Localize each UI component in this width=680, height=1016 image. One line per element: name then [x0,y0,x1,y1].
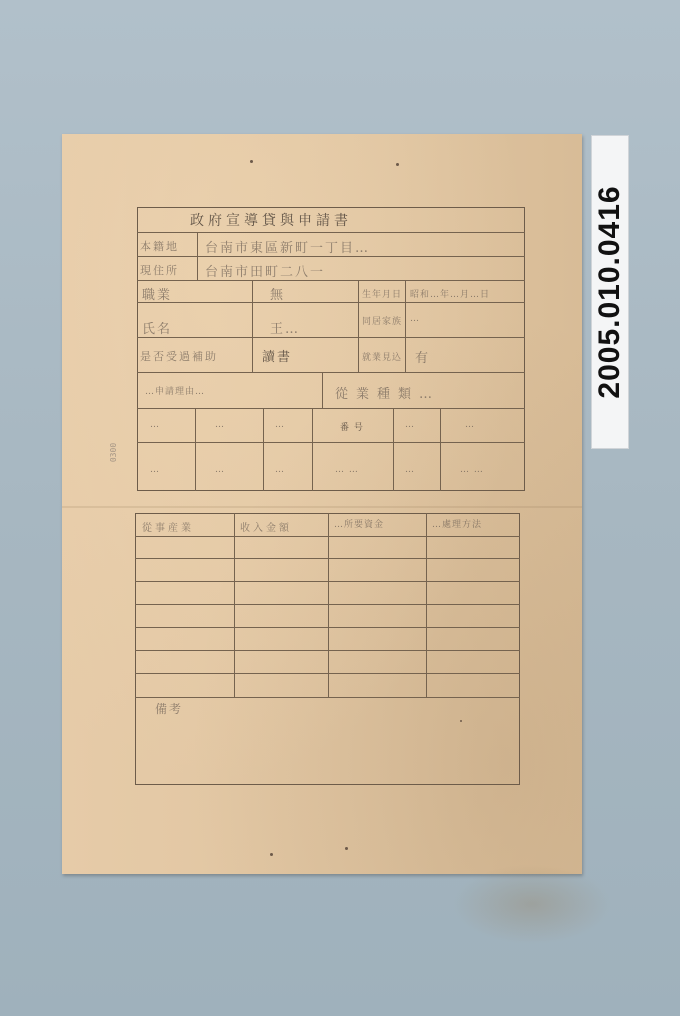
rule [137,280,525,281]
cell-label-occupation: 職業 [142,284,172,303]
cell-label-household: 同居家族 [362,314,402,327]
rule [135,581,520,582]
archive-id-label: 2005.010.0416 [591,135,629,449]
rule [135,697,520,698]
detail-cell: … [150,465,160,475]
rule [405,280,406,372]
rule [263,408,264,491]
rule [312,408,313,491]
paper-stain [452,864,612,944]
rule [234,513,235,698]
rule [393,408,394,491]
detail-cell: … [215,420,225,430]
cell-value-employment: 有 [415,347,430,366]
margin-stamp: 0300 [109,443,118,462]
cell-value-prior-aid: 讀書 [262,346,292,365]
rule [137,232,525,233]
detail-cell: … … [335,465,359,475]
archive-id-text: 2005.010.0416 [593,185,627,398]
rule [137,442,525,443]
cell-label-domicile: 本籍地 [140,238,179,254]
rule [322,372,323,408]
cell-value-reason: 從業種類… [335,383,440,402]
detail-cell: … [465,420,475,430]
rule [135,558,520,559]
detail-cell: … … [460,465,484,475]
rule [135,650,520,651]
detail-cell: … [275,420,285,430]
cell-value-occupation: 無 [270,284,285,303]
paper-speck [345,847,348,850]
cell-value-birthdate: 昭和…年…月…日 [410,287,490,300]
detail-cell-number: 番 号 [340,420,364,433]
cell-label-reason: …申請理由… [145,384,205,397]
column-header-required-funds: …所要資金 [334,517,384,530]
rule [195,408,196,491]
rule [252,280,253,372]
rule [358,280,359,372]
cell-value-name: 王… [270,318,300,337]
cell-label-address: 現住所 [140,262,179,278]
paper-speck [250,160,253,163]
rule [135,604,520,605]
rule [135,673,520,674]
cell-label-name: 氏名 [142,318,172,337]
detail-cell: … [215,465,225,475]
rule [137,337,525,338]
paper-speck [270,853,273,856]
detail-cell: … [405,420,415,430]
rule [135,536,520,537]
rule [137,372,525,373]
rule [440,408,441,491]
column-header-industry: 從事産業 [142,519,194,534]
cell-value-address: 台南市田町二八一 [205,261,325,280]
paper-fold-crease [62,506,582,508]
column-header-income: 收入金額 [240,519,292,534]
cell-label-birthdate: 生年月日 [362,287,402,300]
cell-label-prior-aid: 是否受過補助 [140,348,218,364]
rule [328,513,329,698]
rule [405,302,525,303]
form-title: 政府宣導貸與申請書 [190,210,352,230]
remarks-label: 備考 [155,700,183,717]
rule [135,627,520,628]
detail-cell: … [405,465,415,475]
detail-cell: … [150,420,160,430]
detail-cell: … [275,465,285,475]
paper-speck [396,163,399,166]
rule [426,513,427,698]
cell-value-domicile: 台南市東區新町一丁目… [205,237,370,256]
rule [137,256,525,257]
column-header-method: …處理方法 [432,517,482,530]
cell-label-employment: 就業見込 [362,350,402,363]
paper-speck [460,720,462,722]
cell-value-household: … [410,314,420,324]
